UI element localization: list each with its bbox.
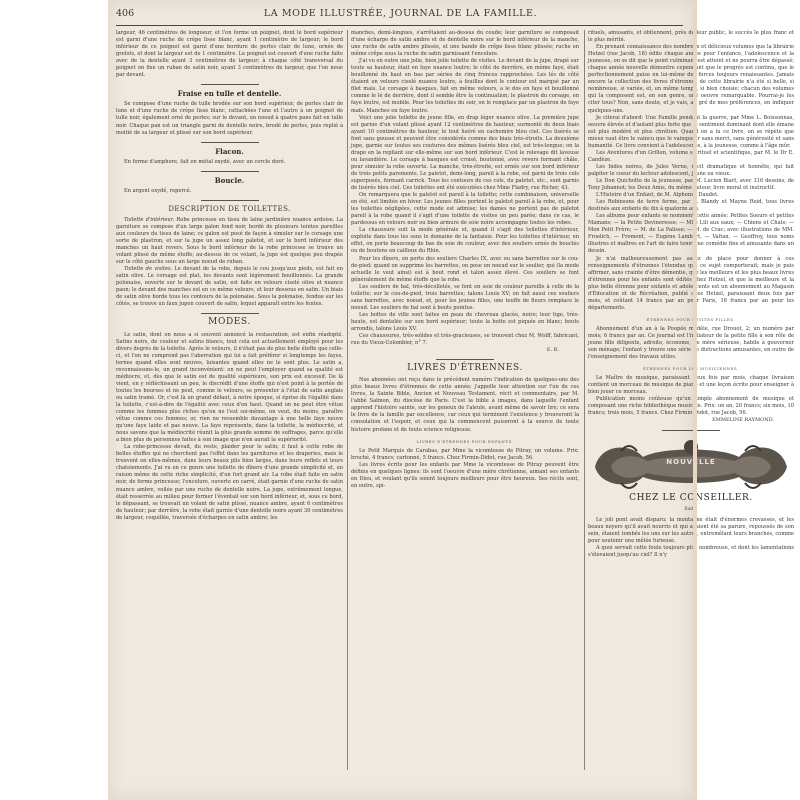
section-title-modes: MODES. (116, 319, 343, 326)
paragraph: Les Aventures d'un Grillon, volume spiri… (588, 150, 794, 164)
boucle-text: En argent oxydé, repercé. (116, 188, 343, 195)
ornament-label: NOUVELLE (591, 459, 791, 466)
column-3: rituels, amusants, et obtiennent, près d… (588, 30, 794, 559)
paragraph: manches, demi-longues, s'arrêtaient au-d… (351, 30, 579, 58)
section-title-description: DESCRIPTION DE TOILETTES. (116, 206, 343, 213)
story-suite: Suite. (588, 506, 794, 513)
section-title-fraise: Fraise en tulle et dentelle. (116, 90, 343, 97)
column-divider (347, 30, 348, 770)
paragraph: Le Maître de musique, paraissant deux fo… (588, 375, 794, 396)
section-rule (436, 359, 494, 360)
paragraph: Les albums pour enfants se nomment cette… (588, 213, 794, 255)
section-title-boucle: Boucle. (116, 177, 343, 184)
paragraph: En prenant connaissance des nombreux et … (588, 44, 794, 114)
paragraph: Je n'ai malheureusement pas assez de pla… (588, 256, 794, 312)
story-title: CHEZ LE CONSEILLER. (588, 495, 794, 502)
author-signature: EMMELINE RAYMOND. (588, 417, 794, 424)
newspaper-page: 406 LA MODE ILLUSTRÉE, JOURNAL DE LA FAM… (108, 0, 693, 800)
modes-paragraph-1: Le satin, dont on nous a si souvent anno… (116, 332, 343, 445)
description-paragraph-1: Toilette d'intérieur. Robe princesse en … (116, 217, 343, 266)
journal-title: LA MODE ILLUSTRÉE, JOURNAL DE LA FAMILLE… (116, 8, 685, 19)
column-divider (584, 30, 585, 770)
section-title-livres: LIVRES D'ÉTRENNES. (351, 365, 579, 372)
paragraph: Pour les dîners, on porte des souliers C… (351, 256, 579, 284)
paragraph: Les bottes de ville sont faites en peau … (351, 312, 579, 333)
paragraph: On remarquera que le paletot est pareil … (351, 192, 579, 227)
section-rule (662, 430, 720, 431)
paragraph: Les souliers de bal, très-décolletés, se… (351, 284, 579, 312)
fraise-text: Se compose d'une ruche de tulle brodée s… (116, 101, 343, 136)
paragraph: J'ai vu en outre une jolie, bien jolie t… (351, 58, 579, 114)
paragraph: Les livres écrits pour les enfants par M… (351, 462, 579, 490)
subheading: LIVRES D'ÉTRENNES POUR ENFANTS. (351, 438, 579, 445)
paragraph: Publication moins coûteuse qu'un simple … (588, 396, 794, 417)
column-1: largeur, 46 centimètres de longueur, et … (116, 30, 343, 522)
header-rule (116, 25, 683, 26)
paragraph: Voici une jolie toilette de jeune fille,… (351, 115, 579, 193)
flacon-text: En forme d'amphore, fait en métal oxydé,… (116, 159, 343, 166)
nouvelle-ornament-banner: NOUVELLE (591, 437, 791, 491)
section-rule (201, 84, 259, 85)
paragraph: Les Indes noires, de Jules Verne, récit … (588, 164, 794, 178)
paragraph: rituels, amusants, et obtiennent, près d… (588, 30, 794, 44)
paragraph: Le Don Quichotte de la jeunesse, par M. … (588, 178, 794, 192)
subheading: ÉTRENNES POUR LES MUSICIENNES. (588, 365, 794, 372)
modes-paragraph-2: La robe-princesse devait, du reste, plai… (116, 444, 343, 522)
section-rule (201, 171, 259, 172)
paragraph: Le joli pont avait disparu; la montagne … (588, 517, 794, 545)
paragraph: Nos abonnées ont reçu dans le précédent … (351, 377, 579, 433)
section-rule (201, 142, 259, 143)
paragraph: Abonnement d'un an à la Poupée modèle, r… (588, 326, 794, 361)
paragraph: La chaussure suit la mode générale et, q… (351, 227, 579, 255)
section-rule (201, 200, 259, 201)
section-title-flacon: Flacon. (116, 148, 343, 155)
subheading: ÉTRENNES POUR PETITES FILLES. (588, 316, 794, 323)
paragraph: Ces chaussures, très-solides et très-gra… (351, 333, 579, 347)
paragraph: L'Histoire d'un Enfant, de M. Alphonse D… (588, 192, 794, 199)
toilette-label: Toilette d'intérieur. (124, 217, 174, 223)
paragraph: A quoi servait cette foule toujours plus… (588, 545, 794, 559)
toilette-label: Toilette de visites. (124, 266, 172, 272)
description-paragraph-2: Toilette de visites. Le devant de la rob… (116, 266, 343, 308)
paragraph: Le Petit Marquis de Carabas, par Mme la … (351, 448, 579, 462)
page-edge (693, 0, 697, 800)
author-signature: E. R. (351, 347, 579, 354)
paragraph: Je citerai d'abord: Une Famille pendant … (588, 115, 794, 150)
intro-paragraph: largeur, 46 centimètres de longueur, et … (116, 30, 343, 79)
section-rule (201, 313, 259, 314)
running-head: 406 LA MODE ILLUSTRÉE, JOURNAL DE LA FAM… (116, 8, 685, 22)
paragraph: Les Robinsons de terre ferme, par S. Bla… (588, 199, 794, 213)
column-2: manches, demi-longues, s'arrêtaient au-d… (351, 30, 579, 490)
